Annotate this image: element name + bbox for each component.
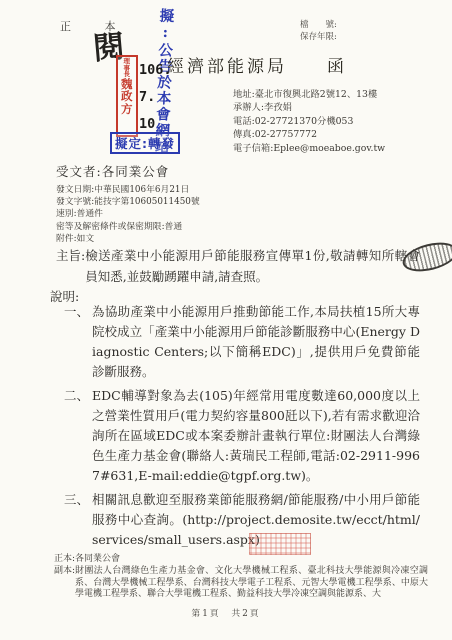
attachment-line: 附件:如文 — [56, 233, 200, 245]
distribution-copies-text: 財團法人台灣綠色生產力基金會、文化大學機械工程系、臺北科技大學能源與冷凍空調系、… — [75, 566, 428, 601]
contact-phone: 電話:02-27721370分機053 — [233, 115, 385, 128]
decision-stamp: 擬定:轉發 — [110, 132, 180, 154]
contact-fax: 傳真:02-27757772 — [233, 128, 385, 141]
agency-title: 經濟部能源局 函 — [167, 52, 347, 77]
chairman-seal-stamp: 理事長 魏政方 — [116, 55, 138, 137]
description-items: 一、 為協助產業中小能源用戶推動節能工作,本局扶植15所大專院校成立「產業中小能… — [64, 302, 420, 554]
subject-section: 主旨: 檢送產業中小能源用戶節能服務宣傳單1份,敬請轉知所轄會員知悉,並鼓勵踴躍… — [56, 246, 420, 287]
item-number: 二、 — [64, 386, 92, 486]
official-letter-scan: 正 本 閱 擬:公告於本會網站 理事長 魏政方 106. 7. 10 擬定:轉發… — [0, 0, 452, 640]
distribution-copies: 副本: 財團法人台灣綠色生產力基金會、文化大學機械工程系、臺北科技大學能源與冷凍… — [54, 566, 428, 601]
classification-line: 密等及解密條件或保密期限:普通 — [56, 221, 200, 233]
document-meta-block: 發文日期:中華民國106年6月21日 發文字號:能技字第10605011450號… — [56, 184, 200, 245]
red-seal-stamp — [249, 533, 311, 555]
subject-text: 檢送產業中小能源用戶節能服務宣傳單1份,敬請轉知所轄會員知悉,並鼓勵踴躍申請,請… — [85, 246, 420, 287]
contact-email: 電子信箱:Eplee@moeaboe.gov.tw — [233, 142, 385, 155]
page-number-footer: 第1頁 共2頁 — [0, 606, 452, 619]
contact-address: 地址:臺北市復興北路2號12、13樓 — [233, 88, 385, 101]
retention-period-label: 保存年限: — [300, 32, 337, 44]
contact-info-block: 地址:臺北市復興北路2號12、13樓 承辦人:李孜娟 電話:02-2772137… — [233, 88, 385, 155]
distribution-copies-label: 副本: — [54, 566, 75, 601]
archive-labels: 檔 號: 保存年限: — [300, 20, 337, 43]
subject-label: 主旨: — [56, 246, 85, 287]
item-number: 三、 — [64, 490, 92, 550]
distribution-original: 正本:各同業公會 — [54, 554, 428, 566]
date-stamp-month: 7. — [139, 84, 172, 111]
reference-number-line: 發文字號:能技字第10605011450號 — [56, 196, 200, 208]
description-item: 三、 相關訊息歡迎至服務業節能服務網/節能服務/中小用戶節能服務中心查詢。(ht… — [64, 490, 420, 550]
description-item: 二、 EDC輔導對象為去(105)年經常用電度數達60,000度以上之營業性質用… — [64, 386, 420, 486]
item-text: EDC輔導對象為去(105)年經常用電度數達60,000度以上之營業性質用戶(電… — [92, 386, 420, 486]
issue-date-line: 發文日期:中華民國106年6月21日 — [56, 184, 200, 196]
description-item: 一、 為協助產業中小能源用戶推動節能工作,本局扶植15所大專院校成立「產業中小能… — [64, 302, 420, 382]
chairman-stamp-name: 魏政方 — [121, 78, 133, 116]
chairman-stamp-title: 理事長 — [124, 58, 131, 78]
item-text: 為協助產業中小能源用戶推動節能工作,本局扶植15所大專院校成立「產業中小能源用戶… — [92, 302, 420, 382]
contact-officer: 承辦人:李孜娟 — [233, 101, 385, 114]
file-number-label: 檔 號: — [300, 20, 337, 32]
recipient-line: 受文者:各同業公會 — [56, 162, 169, 180]
item-number: 一、 — [64, 302, 92, 382]
priority-line: 速別:普通件 — [56, 208, 200, 220]
distribution-block: 正本:各同業公會 副本: 財團法人台灣綠色生產力基金會、文化大學機械工程系、臺北… — [54, 554, 428, 601]
